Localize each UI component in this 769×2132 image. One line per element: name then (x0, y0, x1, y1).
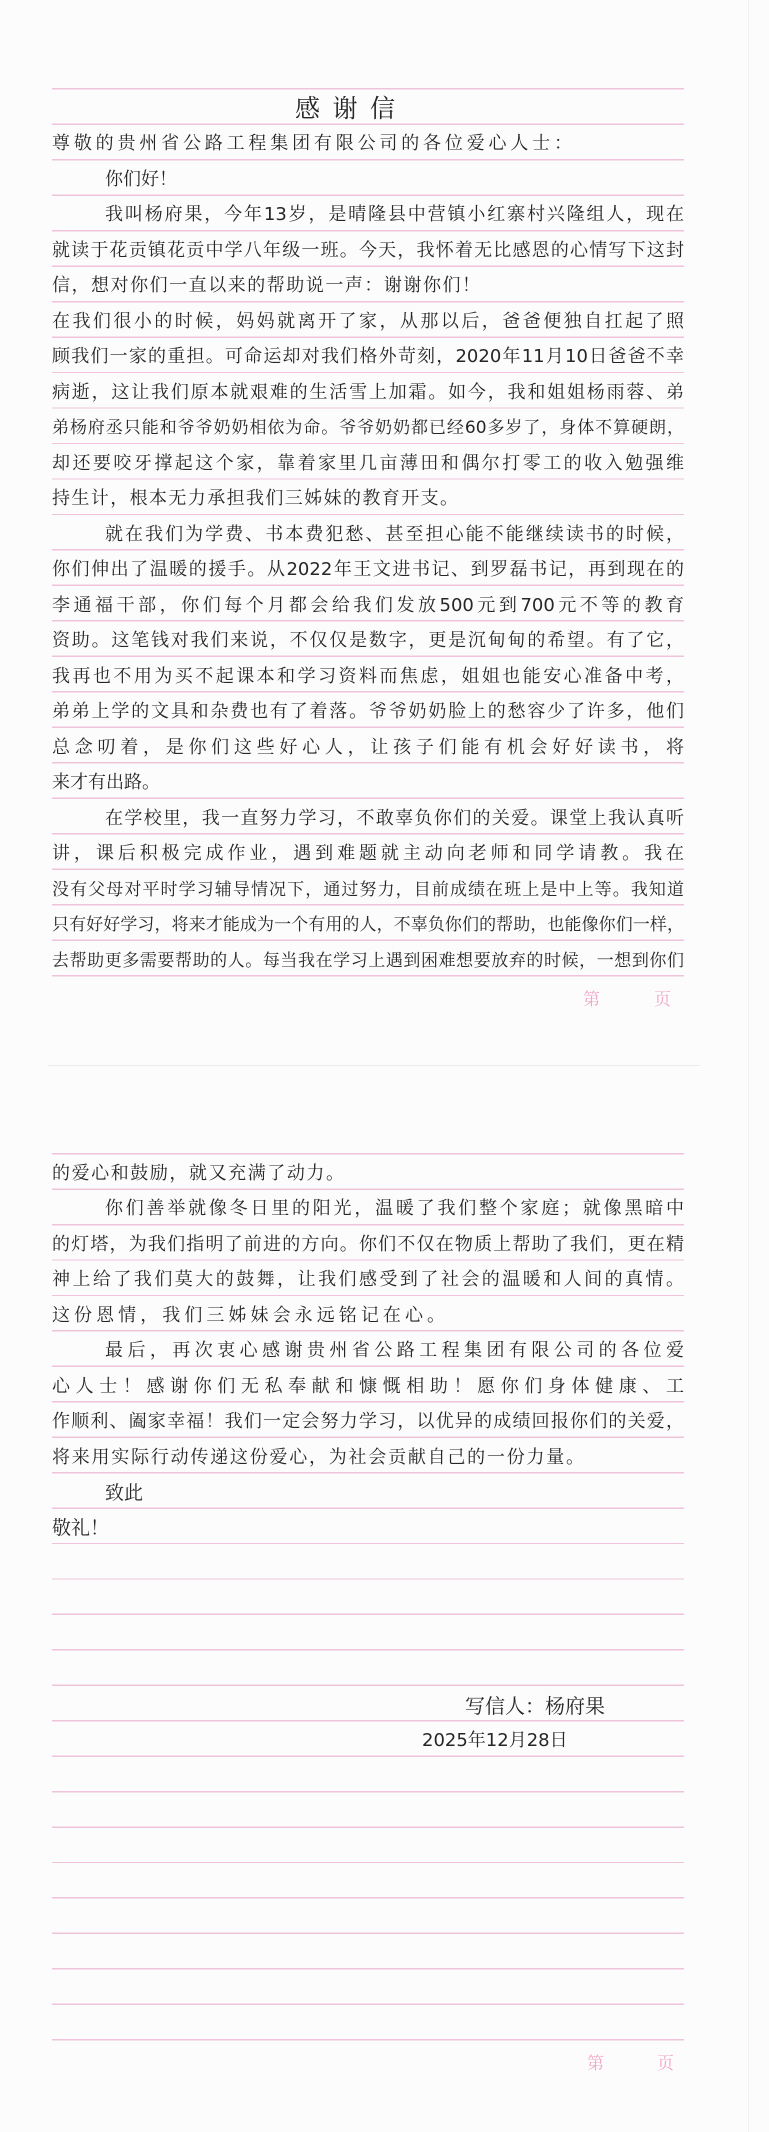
body-line: 弟杨府丞只能和爷爷奶奶相依为命。爷爷奶奶都已经60多岁了，身体不算硬朗， (52, 412, 684, 447)
body-line: 作顺利、阖家幸福！我们一定会努力学习，以优异的成绩回报你们的关爱， (52, 1406, 684, 1441)
body-line: 李通福干部，你们每个月都会给我们发放500元到700元不等的教育 (52, 590, 684, 625)
body-line: 信，想对你们一直以来的帮助说一声：谢谢你们！ (52, 270, 480, 305)
salutation: 尊敬的贵州省公路工程集团有限公司的各位爱心人士： (52, 128, 572, 163)
body-line: 讲，课后积极完成作业，遇到难题就主动向老师和同学请教。我在 (52, 838, 684, 873)
letter-date: 2025年12月28日 (422, 1725, 582, 1760)
body-line: 就在我们为学费、书本费犯愁、甚至担心能不能继续读书的时候， (105, 519, 684, 554)
page-1-footer-prefix: 第 (583, 990, 600, 1010)
body-line: 没有父母对平时学习辅导情况下，通过努力，目前成绩在班上是中上等。我知道 (52, 874, 684, 909)
body-line: 你们伸出了温暖的援手。从2022年王文进书记、到罗磊书记，再到现在的 (52, 554, 684, 589)
page-divider (48, 1065, 700, 1066)
letter-title: 感谢信 (295, 93, 395, 128)
body-line: 你们善举就像冬日里的阳光，温暖了我们整个家庭；就像黑暗中 (105, 1193, 684, 1228)
body-line: 将来用实际行动传递这份爱心，为社会贡献自己的一份力量。 (52, 1442, 584, 1477)
page-1-footer-suffix: 页 (654, 990, 671, 1010)
body-line: 就读于花贡镇花贡中学八年级一班。今天，我怀着无比感恩的心情写下这封 (52, 235, 684, 270)
closing-line-1: 致此 (105, 1477, 684, 1512)
body-line: 持生计，根本无力承担我们三姊妹的教育开支。 (52, 483, 458, 518)
page-2-footer-prefix: 第 (587, 2054, 604, 2074)
body-line: 我叫杨府果，今年13岁，是晴隆县中营镇小红寨村兴隆组人，现在 (105, 199, 684, 234)
body-line: 顾我们一家的重担。可命运却对我们格外苛刻，2020年11月10日爸爸不幸 (52, 341, 684, 376)
body-line: 只有好好学习，将来才能成为一个有用的人，不辜负你们的帮助，也能像你们一样， (52, 909, 684, 944)
body-line: 却还要咬牙撑起这个家，靠着家里几亩薄田和偶尔打零工的收入勉强维 (52, 448, 684, 483)
signature: 写信人：杨府果 (465, 1690, 625, 1725)
letter-page-2: 的爱心和鼓励，就又充满了动力。 你们善举就像冬日里的阳光，温暖了我们整个家庭；就… (52, 1153, 684, 2041)
body-line: 的爱心和鼓励，就又充满了动力。 (52, 1158, 344, 1193)
body-line: 的灯塔，为我们指明了前进的方向。你们不仅在物质上帮助了我们，更在精 (52, 1229, 684, 1264)
body-line: 在学校里，我一直努力学习，不敢辜负你们的关爱。课堂上我认真听 (105, 803, 684, 838)
letter-page-1: 感谢信 尊敬的贵州省公路工程集团有限公司的各位爱心人士： 你们好！ 我叫杨府果，… (52, 88, 684, 977)
body-line: 来才有出路。 (52, 767, 684, 802)
body-line: 去帮助更多需要帮助的人。每当我在学习上遇到困难想要放弃的时候，一想到你们 (52, 945, 684, 980)
body-line: 这份恩情，我们三姊妹会永远铭记在心。 (52, 1300, 445, 1335)
body-line: 最后，再次衷心感谢贵州省公路工程集团有限公司的各位爱 (105, 1335, 684, 1370)
paper-edge (748, 0, 749, 2132)
body-line: 资助。这笔钱对我们来说，不仅仅是数字，更是沉甸甸的希望。有了它， (52, 625, 684, 660)
body-line: 心人士！感谢你们无私奉献和慷慨相助！愿你们身体健康、工 (52, 1371, 684, 1406)
body-line: 神上给了我们莫大的鼓舞，让我们感受到了社会的温暖和人间的真情。 (52, 1264, 684, 1299)
body-line: 总念叨着，是你们这些好心人，让孩子们能有机会好好读书，将 (52, 732, 684, 767)
closing-line-2: 敬礼！ (52, 1512, 684, 1547)
greeting: 你们好！ (105, 164, 684, 199)
page-2-footer-suffix: 页 (657, 2054, 674, 2074)
body-line: 弟弟上学的文具和杂费也有了着落。爷爷奶奶脸上的愁容少了许多，他们 (52, 696, 684, 731)
body-line: 在我们很小的时候，妈妈就离开了家，从那以后，爸爸便独自扛起了照 (52, 306, 684, 341)
body-line: 我再也不用为买不起课本和学习资料而焦虑，姐姐也能安心准备中考， (52, 661, 684, 696)
body-line: 病逝，这让我们原本就艰难的生活雪上加霜。如今，我和姐姐杨雨蓉、弟 (52, 377, 684, 412)
